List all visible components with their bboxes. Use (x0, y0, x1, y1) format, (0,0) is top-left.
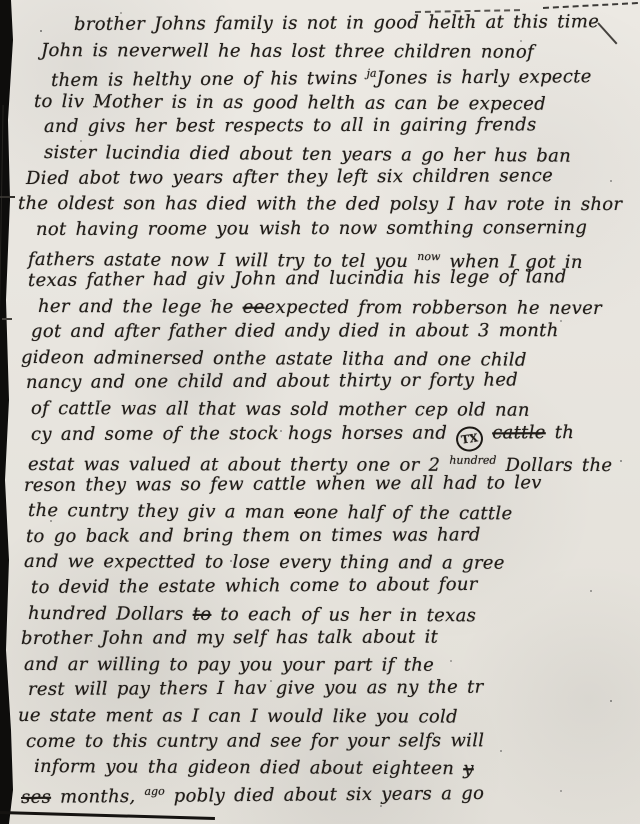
letter-text: come to this cuntry and see for your sel… (26, 730, 484, 752)
letter-line: ue state ment as I can I would like you … (18, 703, 640, 731)
letter-text: ue state ment as I can I would like you … (18, 705, 458, 728)
letter-text: to go back and bring them on times was h… (26, 524, 481, 547)
letter-line: and givs her best respects to all in gai… (44, 112, 640, 140)
letter-text: ja (367, 67, 377, 80)
letter-text: nancy and one child and about thirty or … (26, 370, 518, 394)
letter-line: brother John and my self has talk about … (21, 624, 640, 652)
letter-text: to each of us her in texas (211, 604, 476, 626)
letter-lines: brother Johns family is not in good helt… (16, 12, 640, 805)
letter-text: expected from robberson he never (264, 296, 602, 318)
letter-text: cy and some of the stock hogs horses and (31, 422, 456, 444)
letter-line: texas father had giv John and lucindia h… (28, 264, 640, 294)
margin-dash-mark (2, 318, 12, 320)
letter-text: of cattle was all that was sold mother c… (31, 398, 530, 421)
letter-text: hundred (449, 454, 496, 467)
letter-text: rest will pay thers I hav give you as ny… (28, 677, 484, 700)
letter-text: texas father had giv John and lucindia h… (28, 266, 567, 291)
letter-line: come to this cuntry and see for your sel… (26, 728, 640, 755)
letter-text: Died abot two years after they left six … (26, 165, 553, 189)
letter-text: ago (144, 785, 164, 798)
letter-text: pobly died about six years a go (165, 783, 485, 807)
letter-text: reson they was so few cattle when we all… (24, 472, 542, 496)
letter-text (483, 422, 492, 443)
letter-text: and we expectted to lose every thing and… (24, 551, 505, 574)
letter-text: got and after father died andy died in a… (31, 320, 559, 342)
letter-text: now (417, 250, 440, 263)
letter-line: to go back and bring them on times was h… (26, 522, 640, 550)
letter-text: the cuntry they giv a man (28, 500, 294, 523)
letter-line: them is helthy one of his twins jaJones … (51, 59, 640, 89)
letter-text: her and the lege he (38, 296, 243, 318)
letter-text: to (193, 604, 212, 625)
margin-dash-mark (0, 196, 15, 198)
letter-text: c (294, 502, 305, 523)
letter-line: cy and some of the stock hogs horses and… (31, 419, 640, 447)
letter-text: ses (21, 787, 51, 808)
letter-text: Jones is harly expecte (377, 66, 592, 89)
letter-line: got and after father died andy died in a… (31, 318, 640, 345)
letter-text: John is neverwell he has lost three chil… (41, 40, 534, 63)
letter-text: brother John and my self has talk about … (21, 627, 438, 649)
letter-text: cattle (492, 422, 546, 443)
letter-text: to liv Mother is in as good helth as can… (34, 91, 546, 115)
letter-text: months, (51, 786, 145, 808)
letter-line: brother Johns family is not in good helt… (74, 9, 640, 38)
letter-line: Died abot two years after they left six … (26, 162, 640, 191)
letter-text: brother Johns family is not in good helt… (74, 11, 599, 35)
letter-line: her and the lege he eeexpected from robb… (38, 294, 640, 322)
letter-line: rest will pay thers I hav give you as ny… (28, 674, 640, 703)
letter-line: not having roome you wish to now somthin… (36, 215, 640, 243)
letter-line: reson they was so few cattle when we all… (24, 469, 640, 498)
letter-text: th (546, 422, 575, 443)
letter-line: the oldest son has died with the ded pol… (18, 191, 640, 218)
letter-text: the oldest son has died with the ded pol… (18, 193, 622, 215)
letter-text: ee (243, 296, 265, 317)
letter-text: not having roome you wish to now somthin… (36, 217, 587, 240)
letter-text: hundred Dollars (28, 603, 193, 625)
letter-body: brother Johns family is not in good helt… (16, 12, 640, 805)
letter-text: one half of the cattle (304, 502, 512, 524)
letter-line: ses months, ago pobly died about six yea… (21, 774, 640, 805)
letter-text: them is helthy one of his twins (51, 68, 367, 91)
letter-line: nancy and one child and about thirty or … (26, 367, 640, 396)
letter-line: to devid the estate which come to about … (31, 571, 640, 601)
letter-text: and givs her best respects to all in gai… (44, 115, 537, 138)
letter-text: to devid the estate which come to about … (31, 574, 478, 598)
letter-text: and ar willing to pay you your part if t… (24, 654, 434, 676)
